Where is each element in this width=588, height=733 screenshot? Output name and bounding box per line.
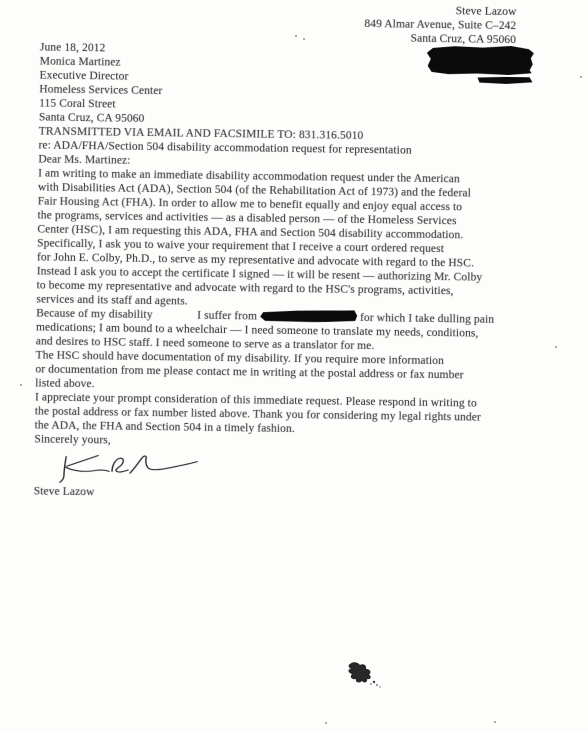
scan-speck bbox=[20, 384, 22, 386]
scan-speck bbox=[295, 35, 297, 37]
paragraph-request-intro: I am writing to make an immediate disabi… bbox=[37, 166, 564, 243]
scan-speck bbox=[325, 722, 327, 724]
scan-speck bbox=[494, 721, 496, 723]
redaction-bar-diagnosis bbox=[260, 310, 357, 322]
typed-signature-name: Steve Lazow bbox=[34, 484, 560, 505]
paragraph-specific-request: Specifically, I ask you to waive your re… bbox=[36, 236, 563, 313]
scan-speck bbox=[555, 346, 557, 348]
letter-content: Steve Lazow 849 Almar Avenue, Suite C–24… bbox=[0, 0, 588, 733]
letter-body-column: Steve Lazow 849 Almar Avenue, Suite C–24… bbox=[34, 0, 567, 506]
scan-speck bbox=[303, 38, 305, 40]
paragraph-disability-before: Because of my disability I suffer from bbox=[36, 307, 260, 322]
paragraph-disability: Because of my disability I suffer from f… bbox=[36, 306, 563, 355]
ink-smudge bbox=[344, 660, 386, 692]
scanned-letter-page: Steve Lazow 849 Almar Avenue, Suite C–24… bbox=[0, 0, 588, 733]
paragraph-documentation: The HSC should have documentation of my … bbox=[35, 348, 562, 397]
scan-speck bbox=[580, 76, 582, 78]
recipient-address-block: Monica Martinez Executive Director Homel… bbox=[39, 54, 566, 145]
handwritten-signature bbox=[40, 448, 210, 486]
paragraph-closing-request: I appreciate your prompt consideration o… bbox=[35, 390, 562, 439]
